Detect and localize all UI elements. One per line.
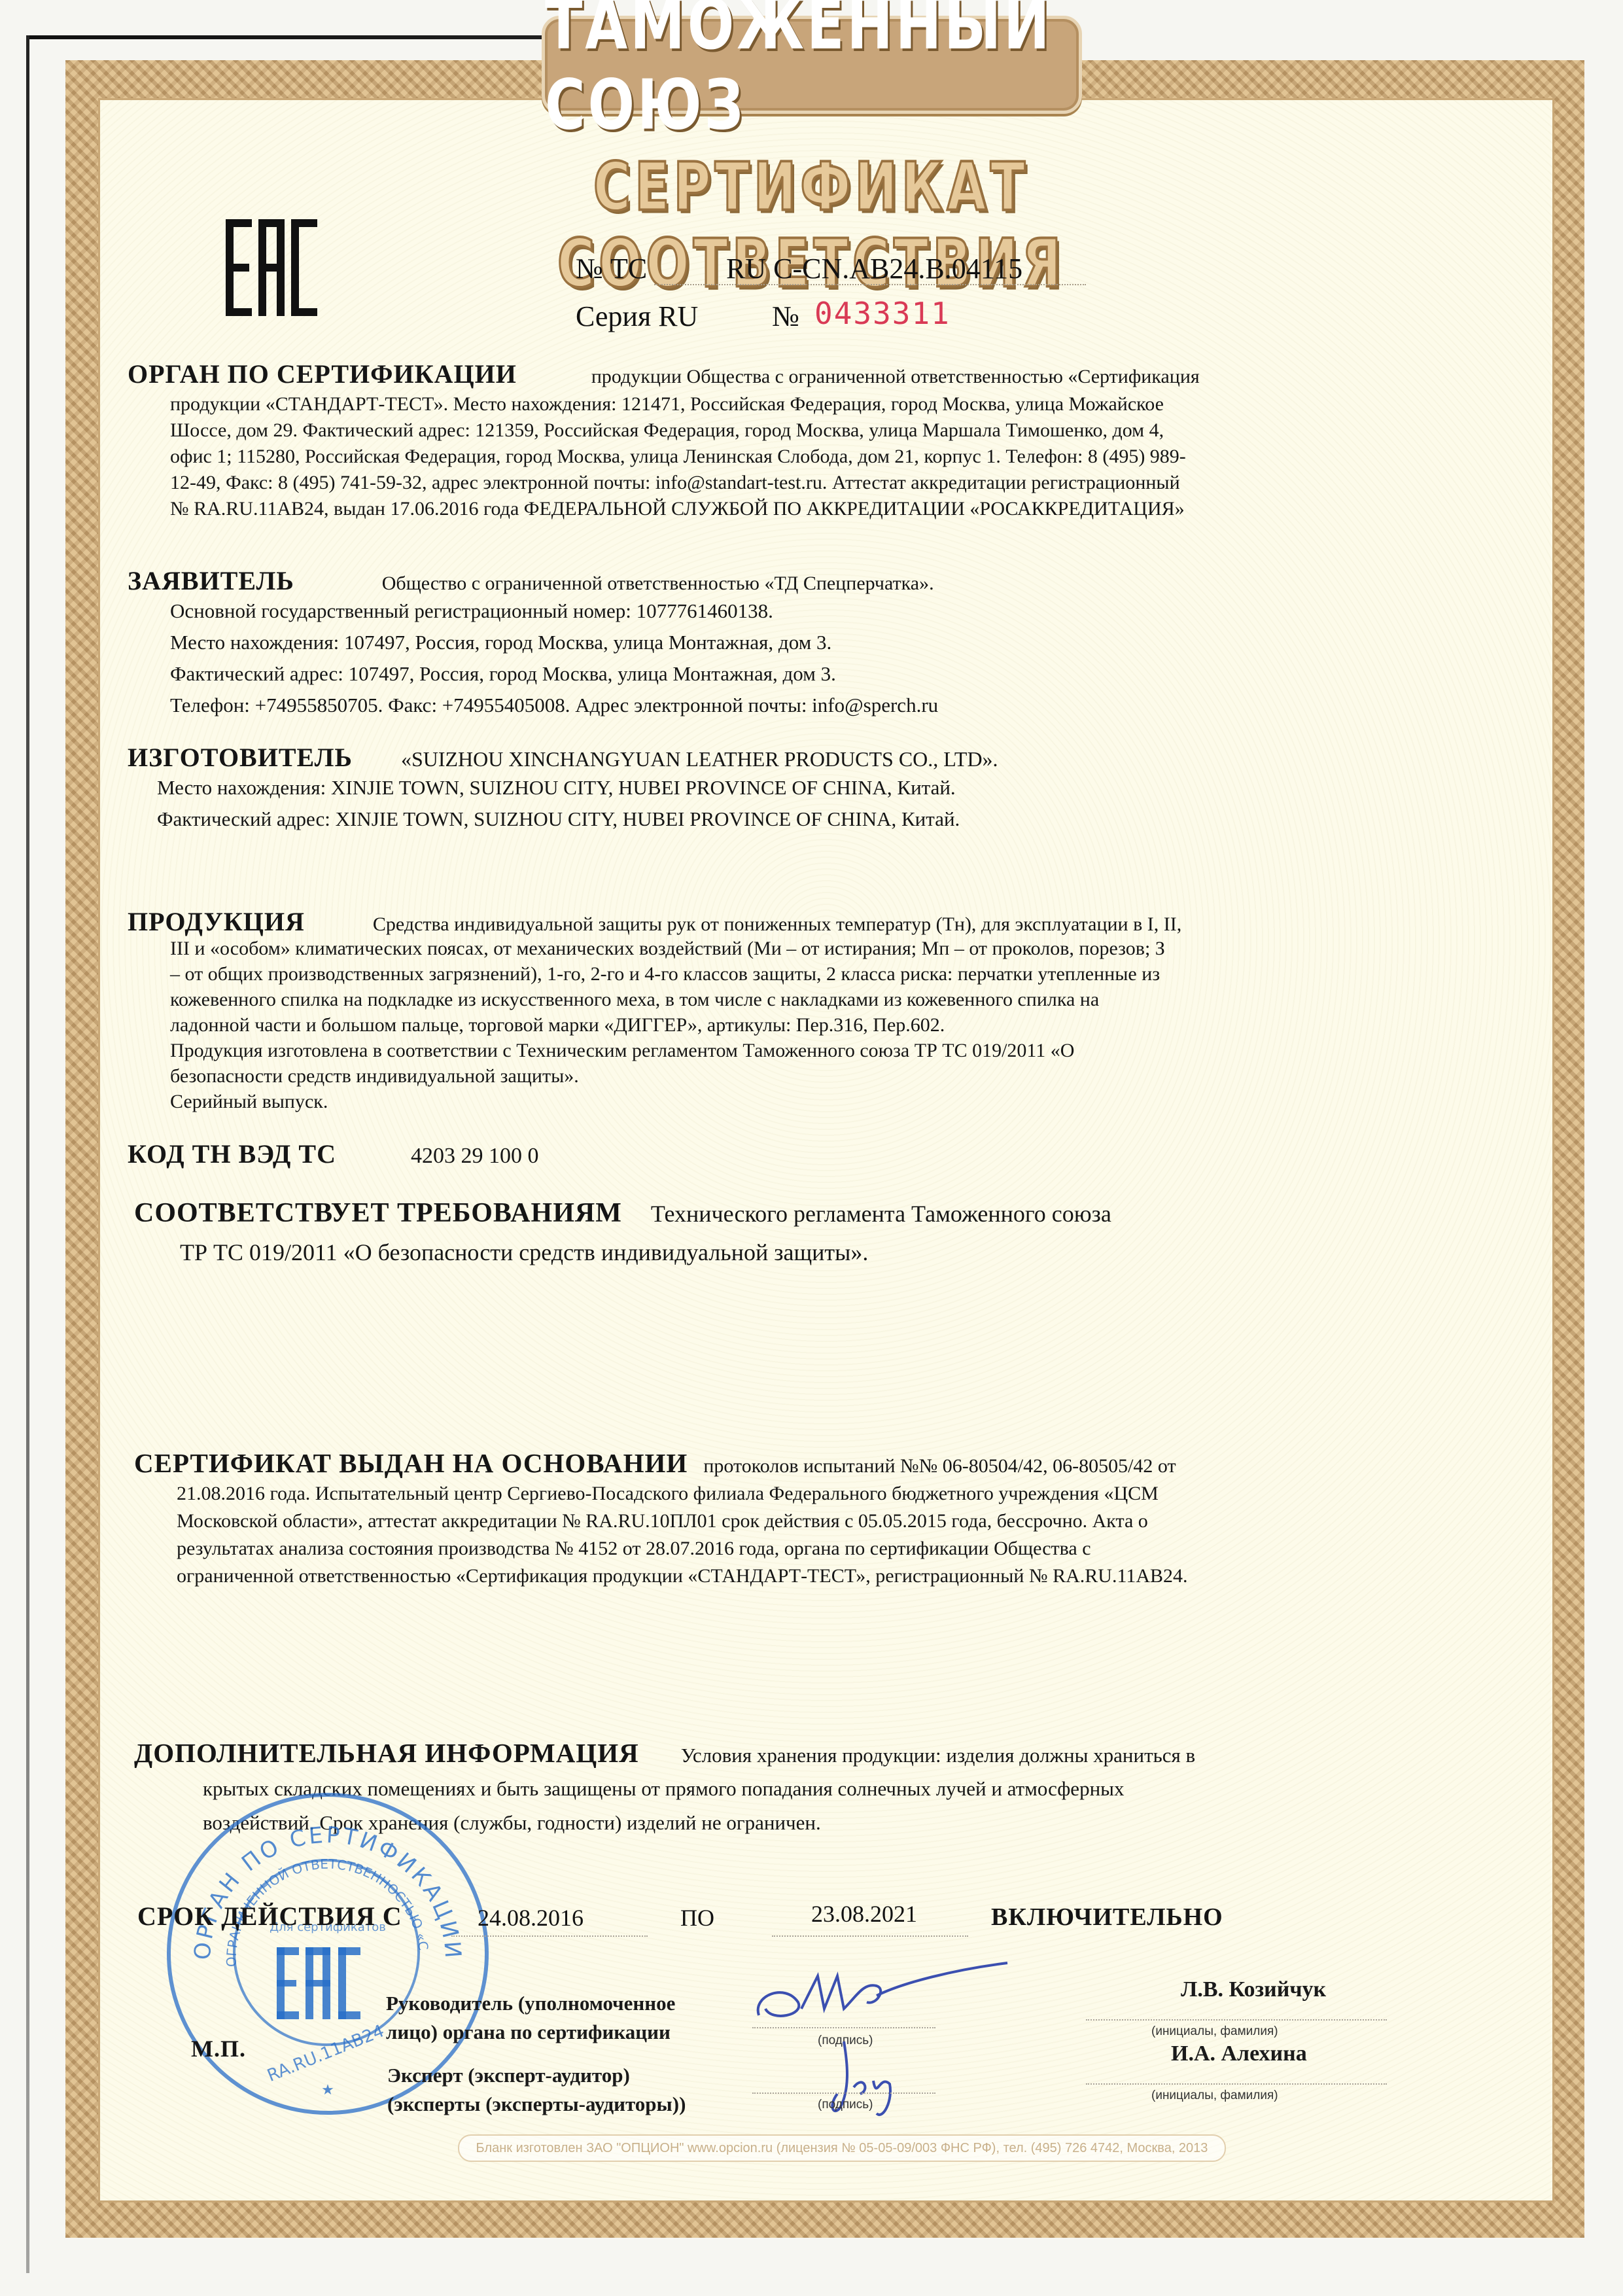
series-number-sign: № (772, 300, 799, 333)
section-manufacturer: ИЗГОТОВИТЕЛЬ «SUIZHOU XINCHANGYUAN LEATH… (128, 742, 1370, 773)
tn-ved-code-value: 4203 29 100 0 (411, 1144, 539, 1168)
section-conforms-requirements: СООТВЕТСТВУЕТ ТРЕБОВАНИЯМ Технического р… (134, 1197, 1377, 1229)
section-product: ПРОДУКЦИЯ Средства индивидуальной защиты… (128, 906, 1370, 938)
series-number-value: 0433311 (814, 296, 951, 331)
scan-edge-left (26, 35, 29, 2273)
conforms-details: ТР ТС 019/2011 «О безопасности средств и… (180, 1237, 1377, 1268)
expert-name: И.А. Алехина (1171, 2041, 1307, 2066)
validity-to-label: ПО (680, 1904, 714, 1932)
section-first-line: протоколов испытаний №№ 06-80504/42, 06-… (703, 1455, 1176, 1477)
text-line: Основной государственный регистрационный… (170, 595, 1367, 627)
text-line: безопасности средств индивидуальной защи… (170, 1063, 1367, 1089)
validity-to-underline (772, 1935, 968, 1937)
section-first-line: Общество с ограниченной ответственностью… (382, 573, 934, 594)
text-line: – от общих производственных загрязнений)… (170, 961, 1367, 987)
section-heading: ЗАЯВИТЕЛЬ (128, 566, 294, 595)
text-line: результатах анализа состояния производст… (177, 1535, 1374, 1563)
section-applicant: ЗАЯВИТЕЛЬ Общество с ограниченной ответс… (128, 565, 1370, 597)
section-additional-info: ДОПОЛНИТЕЛЬНАЯ ИНФОРМАЦИЯ Условия хранен… (134, 1737, 1377, 1769)
validity-heading: СРОК ДЕЙСТВИЯ С (137, 1901, 402, 1931)
section-heading: СООТВЕТСТВУЕТ ТРЕБОВАНИЯМ (134, 1198, 622, 1228)
text-line: лицо) органа по сертификации (386, 2018, 675, 2047)
section-heading: СЕРТИФИКАТ ВЫДАН НА ОСНОВАНИИ (134, 1448, 688, 1478)
customs-union-banner: ТАМОЖЕННЫЙ СОЮЗ (542, 16, 1082, 114)
product-details: III и «особом» климатических поясах, от … (170, 936, 1367, 1114)
stamp-bottom-text: RA.RU.11AB24 (264, 2021, 387, 2086)
imprint-text: Бланк изготовлен ЗАО "ОПЦИОН" www.opcion… (476, 2141, 1208, 2156)
text-line: Эксперт (эксперт-аудитор) (387, 2061, 686, 2090)
section-heading: ДОПОЛНИТЕЛЬНАЯ ИНФОРМАЦИЯ (134, 1738, 639, 1768)
section-first-line: «SUIZHOU XINCHANGYUAN LEATHER PRODUCTS C… (401, 747, 998, 771)
text-line: ладонной части и большом пальце, торгово… (170, 1012, 1367, 1038)
text-line: ограниченной ответственностью «Сертифика… (177, 1563, 1374, 1590)
section-first-line: Условия хранения продукции: изделия долж… (681, 1744, 1195, 1767)
head-name-line (1086, 2019, 1387, 2021)
section-heading: ПРОДУКЦИЯ (128, 907, 305, 936)
head-name-caption: (инициалы, фамилия) (1151, 2024, 1278, 2039)
head-name: Л.В. Козийчук (1181, 1977, 1326, 2002)
text-line: 12-49, Факс: 8 (495) 741-59-32, адрес эл… (170, 470, 1367, 496)
head-signature-icon (746, 1956, 1021, 2035)
eac-mark-icon (226, 219, 317, 316)
section-heading: КОД ТН ВЭД ТС (128, 1139, 336, 1169)
text-line: Руководитель (уполномоченное (386, 1989, 675, 2018)
series-label: Серия RU (576, 300, 698, 333)
validity-from-date: 24.08.2016 (478, 1904, 584, 1932)
text-line: ТР ТС 019/2011 «О безопасности средств и… (180, 1237, 1377, 1268)
text-line: 21.08.2016 года. Испытательный центр Сер… (177, 1480, 1374, 1508)
expert-label: Эксперт (эксперт-аудитор) (эксперты (экс… (387, 2061, 686, 2119)
expert-name-line (1086, 2083, 1387, 2085)
text-line: III и «особом» климатических поясах, от … (170, 936, 1367, 961)
stamp-eac-icon (277, 1947, 360, 2019)
applicant-details: Основной государственный регистрационный… (170, 595, 1367, 721)
text-line: офис 1; 115280, Российская Федерация, го… (170, 444, 1367, 470)
text-line: Место нахождения: 107497, Россия, город … (170, 627, 1367, 658)
section-first-line: продукции Общества с ограниченной ответс… (591, 366, 1200, 387)
head-signatory-label: Руководитель (уполномоченное лицо) орган… (386, 1989, 675, 2047)
validity-inclusive: ВКЛЮЧИТЕЛЬНО (991, 1903, 1223, 1932)
text-line: продукции «СТАНДАРТ-ТЕСТ». Место нахожде… (170, 391, 1367, 417)
expert-signature-line (752, 2093, 935, 2094)
text-line: Продукция изготовлена в соответствии с Т… (170, 1038, 1367, 1063)
form-imprint-footer: Бланк изготовлен ЗАО "ОПЦИОН" www.opcion… (458, 2134, 1226, 2162)
tc-number-value: RU C-CN.AB24.B.04115 (726, 252, 1022, 285)
section-first-line: Технического регламента Таможенного союз… (651, 1201, 1111, 1227)
text-line: № RA.RU.11AB24, выдан 17.06.2016 года ФЕ… (170, 496, 1367, 522)
section-certification-body: ОРГАН ПО СЕРТИФИКАЦИИ продукции Общества… (128, 359, 1370, 390)
text-line: Телефон: +74955850705. Факс: +7495540500… (170, 690, 1367, 721)
section-issued-basis: СЕРТИФИКАТ ВЫДАН НА ОСНОВАНИИ протоколов… (134, 1447, 1377, 1479)
section-first-line: Средства индивидуальной защиты рук от по… (373, 913, 1181, 935)
text-line: кожевенного спилка на подкладке из искус… (170, 987, 1367, 1012)
tc-number-underline (654, 284, 1086, 285)
text-line: Место нахождения: XINJIE TOWN, SUIZHOU C… (157, 772, 1354, 804)
manufacturer-details: Место нахождения: XINJIE TOWN, SUIZHOU C… (157, 772, 1354, 835)
text-line: (эксперты (эксперты-аудиторы)) (387, 2090, 686, 2119)
text-line: Фактический адрес: XINJIE TOWN, SUIZHOU … (157, 804, 1354, 835)
stamp-star-icon: ★ (321, 2081, 334, 2098)
text-line: Серийный выпуск. (170, 1089, 1367, 1114)
validity-from-underline (451, 1935, 648, 1937)
expert-signature-caption: (подпись) (818, 2098, 873, 2112)
text-line: Фактический адрес: 107497, Россия, город… (170, 658, 1367, 690)
section-heading: ОРГАН ПО СЕРТИФИКАЦИИ (128, 359, 517, 389)
seal-place-label: М.П. (191, 2035, 246, 2062)
text-line: Московской области», аттестат аккредитац… (177, 1508, 1374, 1535)
expert-name-caption: (инициалы, фамилия) (1151, 2089, 1278, 2103)
text-line: Шоссе, дом 29. Фактический адрес: 121359… (170, 417, 1367, 444)
section-heading: ИЗГОТОВИТЕЛЬ (128, 743, 353, 772)
issued-basis-details: 21.08.2016 года. Испытательный центр Сер… (177, 1480, 1374, 1590)
certification-body-details: продукции «СТАНДАРТ-ТЕСТ». Место нахожде… (170, 391, 1367, 522)
banner-text: ТАМОЖЕННЫЙ СОЮЗ (545, 0, 1079, 145)
validity-to-date: 23.08.2021 (811, 1900, 917, 1928)
tc-number-label: № ТС (576, 252, 647, 285)
section-tn-ved-code: КОД ТН ВЭД ТС 4203 29 100 0 (128, 1139, 1370, 1169)
